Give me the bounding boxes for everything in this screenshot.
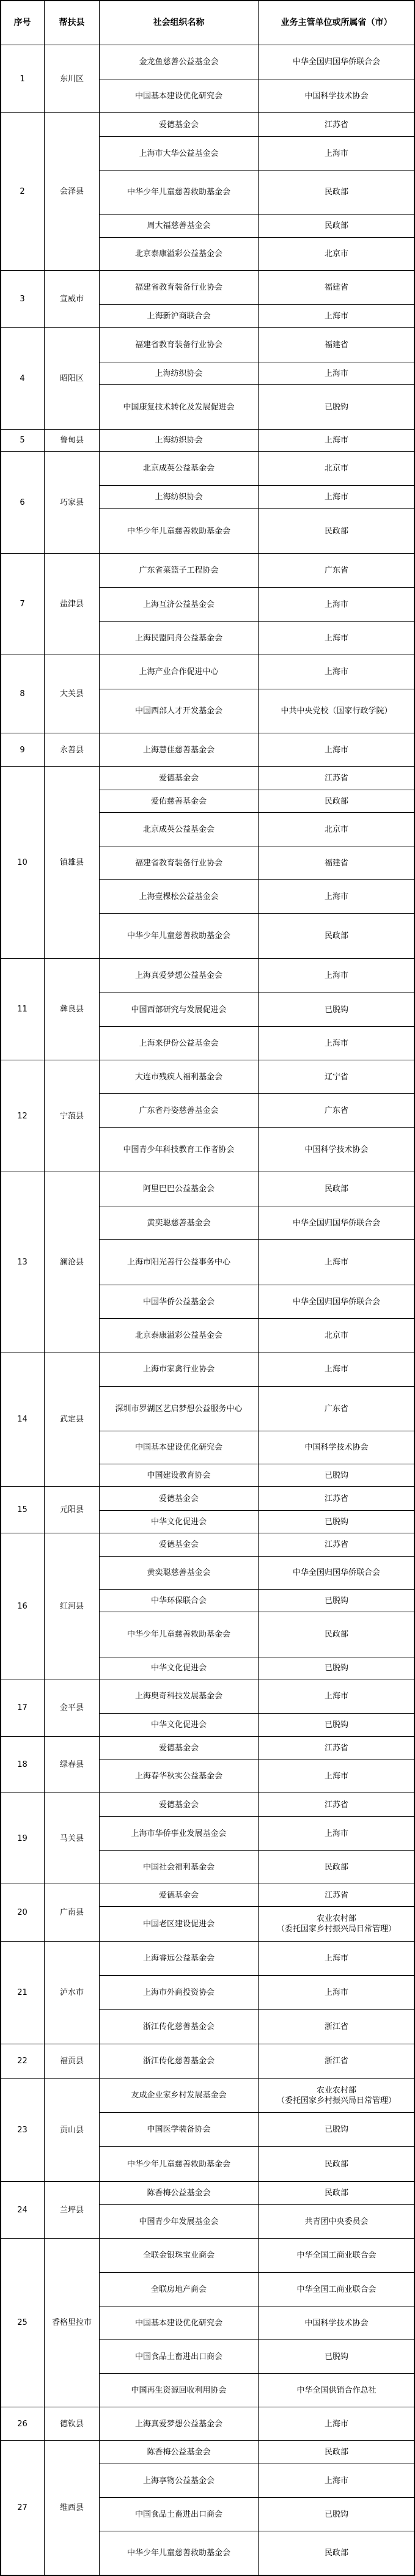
row-number: 3 xyxy=(0,270,45,328)
supervising-unit: 中国科学技术协会 xyxy=(258,1127,415,1172)
org-name: 上海市阳光善行公益事务中心 xyxy=(99,1239,259,1285)
supervising-unit: 中华全国归国华侨联合会 xyxy=(258,1206,415,1240)
supervising-unit: 已脱钩 xyxy=(258,1657,415,1679)
supervising-unit: 已脱钩 xyxy=(258,1510,415,1533)
row-number: 7 xyxy=(0,553,45,655)
county-name: 维西县 xyxy=(44,2440,100,2575)
county-name: 兰坪县 xyxy=(44,2181,100,2239)
org-name: 陈香梅公益基金会 xyxy=(99,2181,259,2205)
org-name: 上海产业合作促进中心 xyxy=(99,655,259,689)
supervising-unit: 民政部 xyxy=(258,2146,415,2182)
supervising-unit: 上海市 xyxy=(258,1941,415,1976)
supervising-unit: 北京市 xyxy=(258,1318,415,1352)
supervising-unit: 上海市 xyxy=(258,1239,415,1285)
org-name: 陈香梅公益基金会 xyxy=(99,2440,259,2464)
supervising-unit: 福建省 xyxy=(258,327,415,362)
row-number: 19 xyxy=(0,1793,45,1884)
org-name: 大连市残疾人福利基金会 xyxy=(99,1060,259,1094)
row-number: 14 xyxy=(0,1352,45,1487)
org-name: 爱佑慈善基金会 xyxy=(99,790,259,813)
header-no: 序号 xyxy=(0,0,45,45)
supervising-unit: 民政部 xyxy=(258,170,415,215)
supervising-unit: 北京市 xyxy=(258,451,415,486)
org-name: 上海市华侨事业发展基金会 xyxy=(99,1816,259,1851)
org-name: 中国西部研究与发展促进会 xyxy=(99,993,259,1027)
supervising-unit: 中华全国归国华侨联合会 xyxy=(258,45,415,79)
supervising-unit: 上海市 xyxy=(258,1026,415,1060)
supervising-unit: 江苏省 xyxy=(258,766,415,790)
row-number: 4 xyxy=(0,327,45,430)
supervising-unit: 已脱钩 xyxy=(258,2112,415,2147)
org-name: 浙江传化慈善基金会 xyxy=(99,2009,259,2044)
supervising-unit: 上海市 xyxy=(258,958,415,993)
county-name: 广南县 xyxy=(44,1884,100,1942)
supervising-unit: 北京市 xyxy=(258,237,415,271)
county-name: 武定县 xyxy=(44,1352,100,1487)
row-number: 8 xyxy=(0,655,45,733)
supervising-unit: 已脱钩 xyxy=(258,1464,415,1487)
county-name: 红河县 xyxy=(44,1533,100,1679)
supervising-unit: 上海市 xyxy=(258,621,415,655)
row-number: 21 xyxy=(0,1941,45,2044)
org-name: 爱德基金会 xyxy=(99,1486,259,1511)
supervising-unit: 民政部 xyxy=(258,913,415,959)
supervising-unit: 民政部 xyxy=(258,1612,415,1657)
org-name: 上海市家禽行业协会 xyxy=(99,1352,259,1387)
county-name: 昭阳区 xyxy=(44,327,100,430)
org-name: 深圳市罗湖区艺启梦想公益服务中心 xyxy=(99,1386,259,1431)
supervising-unit: 民政部 xyxy=(258,1850,415,1884)
org-name: 中国华侨公益基金会 xyxy=(99,1285,259,1319)
row-number: 22 xyxy=(0,2044,45,2079)
org-name: 上海春华秋实公益基金会 xyxy=(99,1760,259,1793)
org-name: 北京成英公益基金会 xyxy=(99,812,259,846)
org-name: 福建省教育装备行业协会 xyxy=(99,270,259,305)
org-name: 中国再生资源回收利用协会 xyxy=(99,2373,259,2407)
county-name: 德钦县 xyxy=(44,2407,100,2441)
org-name: 中国老区建设促进会 xyxy=(99,1906,259,1942)
supervising-unit: 中华全国归国华侨联合会 xyxy=(258,1556,415,1590)
supervising-unit: 已脱钩 xyxy=(258,1589,415,1612)
supervising-unit: 福建省 xyxy=(258,846,415,880)
row-number: 13 xyxy=(0,1172,45,1352)
row-number: 17 xyxy=(0,1679,45,1737)
org-name: 周大福慈善基金会 xyxy=(99,214,259,238)
org-name: 爱德基金会 xyxy=(99,112,259,137)
row-number: 9 xyxy=(0,733,45,767)
org-name: 中国食品土畜进出口商会 xyxy=(99,2339,259,2374)
supervising-unit: 已脱钩 xyxy=(258,2497,415,2531)
header-county: 帮扶县 xyxy=(44,0,100,45)
org-name: 中华文化促进会 xyxy=(99,1510,259,1533)
supervising-unit: 已脱钩 xyxy=(258,384,415,430)
org-name: 上海睿远公益基金会 xyxy=(99,1941,259,1976)
org-name: 爱德基金会 xyxy=(99,1533,259,1557)
org-name: 北京成英公益基金会 xyxy=(99,451,259,486)
county-name: 鲁甸县 xyxy=(44,429,100,452)
supervising-unit: 江苏省 xyxy=(258,112,415,137)
org-name: 全联金银珠宝业商会 xyxy=(99,2238,259,2273)
row-number: 27 xyxy=(0,2440,45,2575)
supervising-unit: 上海市 xyxy=(258,304,415,328)
supervising-unit: 民政部 xyxy=(258,2181,415,2205)
supervising-unit: 上海市 xyxy=(258,136,415,171)
org-name: 上海市外商投资协会 xyxy=(99,1975,259,2010)
supervising-unit: 中国科学技术协会 xyxy=(258,1431,415,1464)
org-name: 爱德基金会 xyxy=(99,1736,259,1760)
supervising-unit: 已脱钩 xyxy=(258,2339,415,2374)
org-name: 上海纺织协会 xyxy=(99,429,259,452)
assistance-table: 序号 帮扶县 社会组织名称 业务主管单位或所属省（市） 1东川区金龙鱼慈善公益基… xyxy=(0,0,415,2576)
county-name: 福贡县 xyxy=(44,2044,100,2079)
county-name: 镇雄县 xyxy=(44,766,100,959)
supervising-unit: 上海市 xyxy=(258,1975,415,2010)
county-name: 大关县 xyxy=(44,655,100,733)
supervising-unit: 上海市 xyxy=(258,2464,415,2498)
supervising-unit: 江苏省 xyxy=(258,1486,415,1511)
county-name: 马关县 xyxy=(44,1793,100,1884)
org-name: 中国建设教育协会 xyxy=(99,1464,259,1487)
org-name: 上海纺织协会 xyxy=(99,485,259,509)
row-number: 2 xyxy=(0,112,45,271)
row-number: 11 xyxy=(0,958,45,1060)
org-name: 上海纺织协会 xyxy=(99,362,259,385)
supervising-unit: 中华全国归国华侨联合会 xyxy=(258,1285,415,1319)
row-number: 12 xyxy=(0,1060,45,1172)
row-number: 16 xyxy=(0,1533,45,1679)
supervising-unit: 上海市 xyxy=(258,587,415,622)
org-name: 中华少年儿童慈善救助基金会 xyxy=(99,913,259,959)
supervising-unit: 广东省 xyxy=(258,553,415,588)
supervising-unit: 江苏省 xyxy=(258,1533,415,1557)
county-name: 盐津县 xyxy=(44,553,100,655)
county-name: 永善县 xyxy=(44,733,100,767)
org-name: 上海新沪商联合会 xyxy=(99,304,259,328)
org-name: 福建省教育装备行业协会 xyxy=(99,846,259,880)
supervising-unit: 民政部 xyxy=(258,508,415,554)
supervising-unit: 已脱钩 xyxy=(258,1713,415,1737)
supervising-unit: 上海市 xyxy=(258,655,415,689)
supervising-unit: 农业农村部 （委托国家乡村振兴局日常管理） xyxy=(258,1906,415,1942)
supervising-unit: 上海市 xyxy=(258,429,415,452)
row-number: 10 xyxy=(0,766,45,959)
org-name: 中华文化促进会 xyxy=(99,1657,259,1679)
org-name: 爱德基金会 xyxy=(99,766,259,790)
row-number: 20 xyxy=(0,1884,45,1942)
supervising-unit: 江苏省 xyxy=(258,1793,415,1817)
county-name: 宣威市 xyxy=(44,270,100,328)
county-name: 会泽县 xyxy=(44,112,100,271)
org-name: 上海奥奇科技发展基金会 xyxy=(99,1679,259,1714)
org-name: 上海享物公益基金会 xyxy=(99,2464,259,2498)
header-org-name: 社会组织名称 xyxy=(99,0,259,45)
org-name: 中国西部人才开发基金会 xyxy=(99,689,259,733)
county-name: 贡山县 xyxy=(44,2078,100,2182)
org-name: 上海民盟同舟公益基金会 xyxy=(99,621,259,655)
org-name: 中国医学装备协会 xyxy=(99,2112,259,2147)
county-name: 东川区 xyxy=(44,45,100,113)
county-name: 香格里拉市 xyxy=(44,2238,100,2407)
org-name: 上海来伊份公益基金会 xyxy=(99,1026,259,1060)
org-name: 上海市大华公益基金会 xyxy=(99,136,259,171)
org-name: 福建省教育装备行业协会 xyxy=(99,327,259,362)
supervising-unit: 上海市 xyxy=(258,2407,415,2441)
row-number: 5 xyxy=(0,429,45,452)
row-number: 6 xyxy=(0,451,45,554)
org-name: 广东省菜篮子工程协会 xyxy=(99,553,259,588)
supervising-unit: 民政部 xyxy=(258,2440,415,2464)
row-number: 25 xyxy=(0,2238,45,2407)
supervising-unit: 北京市 xyxy=(258,812,415,846)
org-name: 中国基本建设优化研究会 xyxy=(99,2306,259,2340)
supervising-unit: 上海市 xyxy=(258,733,415,767)
org-name: 黄奕聪慈善基金会 xyxy=(99,1556,259,1590)
supervising-unit: 上海市 xyxy=(258,879,415,914)
org-name: 中华少年儿童慈善救助基金会 xyxy=(99,2531,259,2575)
org-name: 爱德基金会 xyxy=(99,1884,259,1907)
supervising-unit: 民政部 xyxy=(258,214,415,238)
org-name: 中国康复技术转化及发展促进会 xyxy=(99,384,259,430)
supervising-unit: 中国科学技术协会 xyxy=(258,2306,415,2340)
supervising-unit: 中华全国工商业联合会 xyxy=(258,2238,415,2273)
supervising-unit: 江苏省 xyxy=(258,1884,415,1907)
county-name: 元阳县 xyxy=(44,1486,100,1533)
county-name: 金平县 xyxy=(44,1679,100,1737)
row-number: 26 xyxy=(0,2407,45,2441)
org-name: 上海真爱梦想公益基金会 xyxy=(99,2407,259,2441)
row-number: 24 xyxy=(0,2181,45,2239)
org-name: 上海壹棵松公益基金会 xyxy=(99,879,259,914)
county-name: 彝良县 xyxy=(44,958,100,1060)
org-name: 友成企业家乡村发展基金会 xyxy=(99,2078,259,2113)
supervising-unit: 福建省 xyxy=(258,270,415,305)
org-name: 中华少年儿童慈善救助基金会 xyxy=(99,170,259,215)
org-name: 中华少年儿童慈善救助基金会 xyxy=(99,2146,259,2182)
org-name: 全联房地产商会 xyxy=(99,2272,259,2306)
supervising-unit: 上海市 xyxy=(258,485,415,509)
org-name: 中华少年儿童慈善救助基金会 xyxy=(99,1612,259,1657)
org-name: 中国食品土畜进出口商会 xyxy=(99,2497,259,2531)
supervising-unit: 民政部 xyxy=(258,790,415,813)
supervising-unit: 浙江省 xyxy=(258,2009,415,2044)
row-number: 1 xyxy=(0,45,45,113)
county-name: 巧家县 xyxy=(44,451,100,554)
org-name: 上海慧佳慈善基金会 xyxy=(99,733,259,767)
supervising-unit: 浙江省 xyxy=(258,2044,415,2079)
org-name: 北京泰康溢彩公益基金会 xyxy=(99,237,259,271)
supervising-unit: 农业农村部 （委托国家乡村振兴局日常管理） xyxy=(258,2078,415,2113)
org-name: 中国基本建设优化研究会 xyxy=(99,79,259,113)
org-name: 爱德基金会 xyxy=(99,1793,259,1817)
supervising-unit: 中华全国供销合作总社 xyxy=(258,2373,415,2407)
supervising-unit: 上海市 xyxy=(258,1816,415,1851)
org-name: 黄奕聪慈善基金会 xyxy=(99,1206,259,1240)
supervising-unit: 辽宁省 xyxy=(258,1060,415,1094)
org-name: 中国基本建设优化研究会 xyxy=(99,1431,259,1464)
supervising-unit: 中华全国工商业联合会 xyxy=(258,2272,415,2306)
org-name: 中华少年儿童慈善救助基金会 xyxy=(99,508,259,554)
supervising-unit: 中共中央党校（国家行政学院） xyxy=(258,689,415,733)
county-name: 宁蒗县 xyxy=(44,1060,100,1172)
header-supervising-unit: 业务主管单位或所属省（市） xyxy=(258,0,415,45)
org-name: 中华文化促进会 xyxy=(99,1713,259,1737)
supervising-unit: 上海市 xyxy=(258,362,415,385)
org-name: 中国青少年科技教育工作者协会 xyxy=(99,1127,259,1172)
org-name: 上海互济公益基金会 xyxy=(99,587,259,622)
org-name: 广东省丹姿慈善基金会 xyxy=(99,1093,259,1128)
org-name: 金龙鱼慈善公益基金会 xyxy=(99,45,259,79)
supervising-unit: 共青团中央委员会 xyxy=(258,2204,415,2239)
org-name: 中华环保联合会 xyxy=(99,1589,259,1612)
supervising-unit: 中国科学技术协会 xyxy=(258,79,415,113)
supervising-unit: 民政部 xyxy=(258,1172,415,1206)
county-name: 绿春县 xyxy=(44,1736,100,1793)
supervising-unit: 江苏省 xyxy=(258,1736,415,1760)
supervising-unit: 广东省 xyxy=(258,1386,415,1431)
supervising-unit: 广东省 xyxy=(258,1093,415,1128)
org-name: 浙江传化慈善基金会 xyxy=(99,2044,259,2079)
row-number: 18 xyxy=(0,1736,45,1793)
supervising-unit: 上海市 xyxy=(258,1352,415,1387)
org-name: 北京泰康溢彩公益基金会 xyxy=(99,1318,259,1352)
row-number: 23 xyxy=(0,2078,45,2182)
supervising-unit: 上海市 xyxy=(258,1760,415,1793)
supervising-unit: 民政部 xyxy=(258,2531,415,2575)
org-name: 中国社会福利基金会 xyxy=(99,1850,259,1884)
county-name: 泸水市 xyxy=(44,1941,100,2044)
row-number: 15 xyxy=(0,1486,45,1533)
supervising-unit: 已脱钩 xyxy=(258,993,415,1027)
supervising-unit: 上海市 xyxy=(258,1679,415,1714)
org-name: 阿里巴巴公益基金会 xyxy=(99,1172,259,1206)
org-name: 中国青少年发展基金会 xyxy=(99,2204,259,2239)
county-name: 澜沧县 xyxy=(44,1172,100,1352)
org-name: 上海真爱梦想公益基金会 xyxy=(99,958,259,993)
